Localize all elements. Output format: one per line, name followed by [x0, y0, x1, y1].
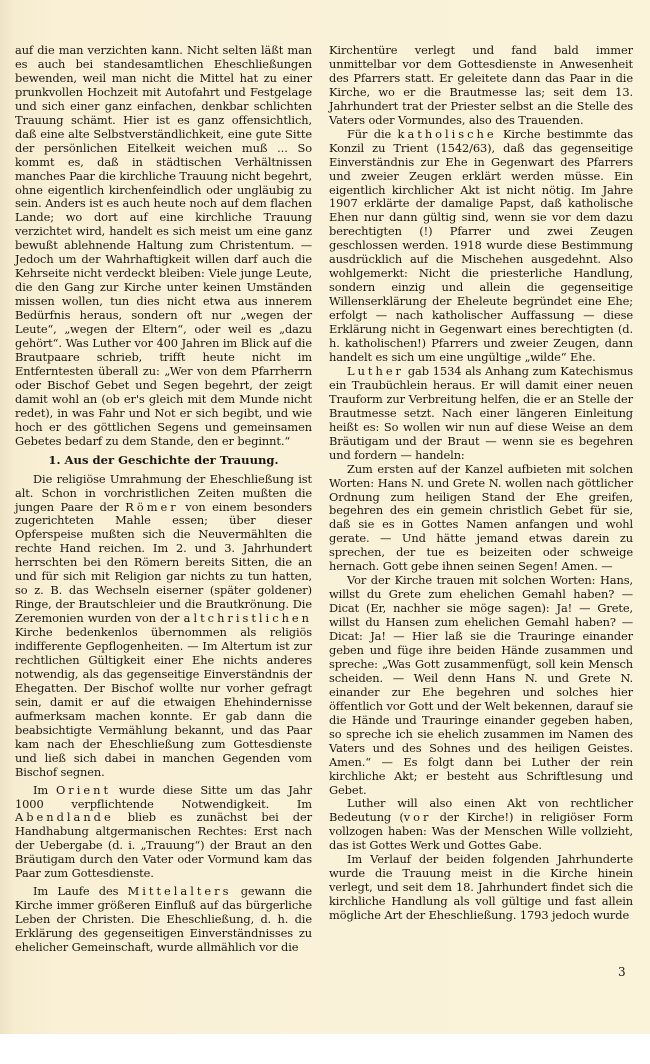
paragraph: Für die katholische Kirche bestimmte das…	[329, 128, 633, 365]
paragraph: Luther gab 1534 als Anhang zum Katechism…	[329, 365, 633, 463]
paragraph: Im Orient wurde diese Sitte um das Jahr …	[15, 784, 312, 882]
emphasized-word: vor	[404, 810, 432, 824]
emphasized-word: Luther	[347, 364, 404, 378]
paragraph: auf die man verzichten kann. Nicht selte…	[15, 44, 312, 449]
right-column: Kirchentüre verlegt und fand bald immer …	[329, 44, 633, 923]
text-run: gab 1534 als Anhang zum Katechismus ein …	[329, 364, 633, 462]
paragraph: Kirchentüre verlegt und fand bald immer …	[329, 44, 633, 128]
text-run: Kirche bestimmte das Konzil zu Trient (1…	[329, 127, 633, 364]
paragraph: Zum ersten auf der Kanzel aufbieten mit …	[329, 463, 633, 575]
emphasized-word: Abendlande	[15, 810, 114, 824]
text-run: Im	[33, 783, 56, 797]
emphasized-word: altchristlichen	[184, 611, 312, 625]
paragraph: Vor der Kirche trauen mit solchen Worten…	[329, 574, 633, 797]
emphasized-word: katholische	[398, 127, 497, 141]
emphasized-word: Römer	[125, 500, 178, 514]
paragraph: Im Verlauf der beiden folgenden Jahrhund…	[329, 853, 633, 923]
text-run: von einem besonders zugerichteten Mahle …	[15, 500, 312, 626]
emphasized-word: Mittelalters	[128, 884, 232, 898]
text-run: Im Laufe des	[33, 884, 128, 898]
left-column: auf die man verzichten kann. Nicht selte…	[15, 44, 312, 955]
text-run: Für die	[347, 127, 398, 141]
text-run: Kirche bedenkenlos übernommen als religi…	[15, 625, 312, 779]
paragraph: Luther will also einen Akt von rechtlich…	[329, 797, 633, 853]
emphasized-word: Orient	[56, 783, 111, 797]
scanned-page: auf die man verzichten kann. Nicht selte…	[0, 0, 650, 1034]
paragraph: Im Laufe des Mittelalters gewann die Kir…	[15, 885, 312, 955]
page-number: 3	[618, 965, 626, 979]
section-heading: 1. Aus der Geschichte der Trauung.	[15, 454, 312, 468]
paragraph: Die religiöse Umrahmung der Eheschließun…	[15, 473, 312, 780]
